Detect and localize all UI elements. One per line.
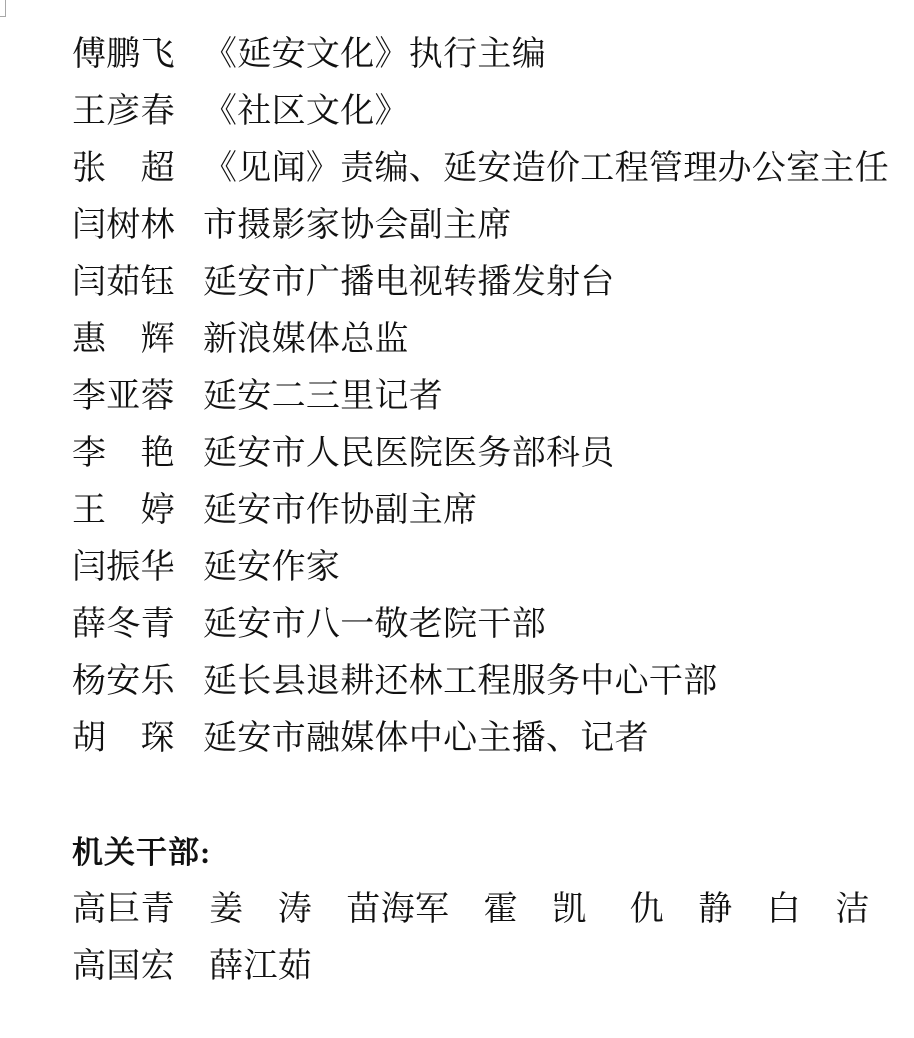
person-name: 王彦春	[72, 83, 203, 140]
person-title: 延安二三里记者	[203, 378, 443, 415]
person-name: 李亚蓉	[72, 368, 203, 425]
blank-line	[72, 767, 884, 824]
list-item: 薛冬青延安市八一敬老院干部	[72, 596, 884, 653]
person-name: 胡 琛	[72, 710, 203, 767]
list-item: 李 艳延安市人民医院医务部科员	[72, 425, 884, 482]
person-title: 延长县退耕还林工程服务中心干部	[203, 663, 718, 700]
list-item: 傅鹏飞《延安文化》执行主编	[72, 26, 884, 83]
list-item: 李亚蓉延安二三里记者	[72, 368, 884, 425]
person-name: 薛冬青	[72, 596, 203, 653]
names-line: 高国宏 薛江茹	[72, 938, 884, 995]
person-title: 市摄影家协会副主席	[203, 207, 512, 244]
list-item: 闫茹钰延安市广播电视转播发射台	[72, 254, 884, 311]
list-item: 王彦春《社区文化》	[72, 83, 884, 140]
person-title: 《见闻》责编、延安造价工程管理办公室主任	[203, 150, 889, 187]
list-item: 惠 辉新浪媒体总监	[72, 311, 884, 368]
person-name: 李 艳	[72, 425, 203, 482]
person-title: 延安市八一敬老院干部	[203, 606, 546, 643]
names-line: 高巨青 姜 涛 苗海军 霍 凯 仇 静 白 洁	[72, 881, 884, 938]
person-title: 《社区文化》	[203, 93, 409, 130]
list-item: 张 超《见闻》责编、延安造价工程管理办公室主任	[72, 140, 884, 197]
person-name: 闫茹钰	[72, 254, 203, 311]
person-title: 延安市融媒体中心主播、记者	[203, 720, 649, 757]
person-title: 《延安文化》执行主编	[203, 36, 546, 73]
person-title: 延安市人民医院医务部科员	[203, 435, 615, 472]
list-item: 胡 琛延安市融媒体中心主播、记者	[72, 710, 884, 767]
person-title: 延安作家	[203, 549, 340, 586]
person-name: 闫振华	[72, 539, 203, 596]
list-item: 杨安乐延长县退耕还林工程服务中心干部	[72, 653, 884, 710]
list-item: 王 婷延安市作协副主席	[72, 482, 884, 539]
person-name: 张 超	[72, 140, 203, 197]
textbox-border-fragment	[0, 0, 6, 17]
document-page: 傅鹏飞《延安文化》执行主编 王彦春《社区文化》 张 超《见闻》责编、延安造价工程…	[0, 0, 914, 1038]
section-heading: 机关干部:	[72, 824, 884, 881]
person-name: 闫树林	[72, 197, 203, 254]
list-item: 闫振华延安作家	[72, 539, 884, 596]
list-item: 闫树林市摄影家协会副主席	[72, 197, 884, 254]
person-name: 惠 辉	[72, 311, 203, 368]
person-name: 王 婷	[72, 482, 203, 539]
person-title: 新浪媒体总监	[203, 321, 409, 358]
person-title: 延安市作协副主席	[203, 492, 477, 529]
person-name: 傅鹏飞	[72, 26, 203, 83]
roster-list: 傅鹏飞《延安文化》执行主编 王彦春《社区文化》 张 超《见闻》责编、延安造价工程…	[0, 0, 914, 995]
person-title: 延安市广播电视转播发射台	[203, 264, 615, 301]
person-name: 杨安乐	[72, 653, 203, 710]
